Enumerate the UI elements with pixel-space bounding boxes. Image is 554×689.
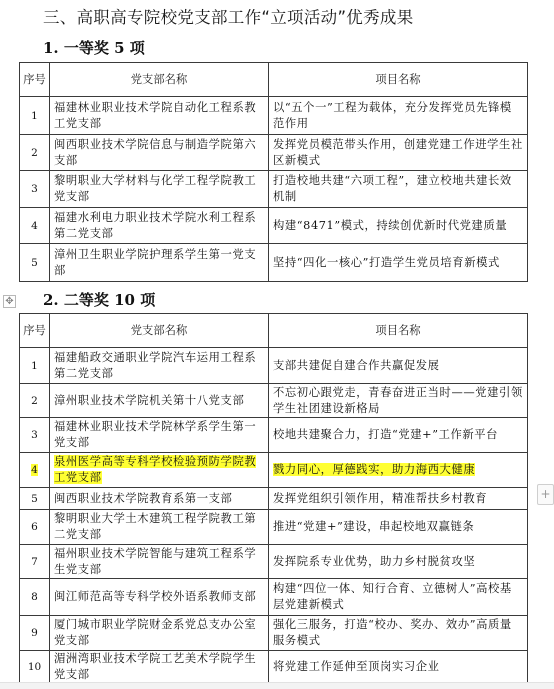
row-number: 9 bbox=[20, 616, 50, 651]
add-row-icon[interactable]: + bbox=[537, 484, 554, 505]
row-number: 2 bbox=[20, 384, 50, 418]
branch-name: 福州职业技术学院智能与建筑工程系学生党支部 bbox=[50, 545, 269, 579]
row-number: 1 bbox=[20, 348, 50, 384]
branch-name: 漳州职业技术学院机关第十八党支部 bbox=[50, 384, 269, 418]
header-branch-name: 党支部名称 bbox=[50, 63, 269, 97]
branch-name: 厦门城市职业学院财金系党总支办公室党支部 bbox=[50, 616, 269, 651]
table-row: 5 漳州卫生职业学院护理系学生第一党支部 坚持“四化一核心”打造学生党员培育新模… bbox=[20, 244, 528, 282]
branch-name: 福建林业职业技术学院林学系学生第一党支部 bbox=[50, 418, 269, 453]
project-name: 发挥院系专业优势，助力乡村脱贫攻坚 bbox=[269, 545, 528, 579]
branch-name: 福建林业职业技术学院自动化工程系教工党支部 bbox=[50, 97, 269, 135]
row-number: 5 bbox=[20, 244, 50, 282]
header-seq: 序号 bbox=[20, 314, 50, 348]
row-number: 2 bbox=[20, 135, 50, 171]
table-row: 3 福建林业职业技术学院林学系学生第一党支部 校地共建聚合力，打造“党建+”工作… bbox=[20, 418, 528, 453]
project-name: 支部共建促自建合作共赢促发展 bbox=[269, 348, 528, 384]
branch-name: 漳州卫生职业学院护理系学生第一党支部 bbox=[50, 244, 269, 282]
header-seq: 序号 bbox=[20, 63, 50, 97]
project-name: 打造校地共建“六项工程”，建立校地共建长效机制 bbox=[269, 171, 528, 208]
table-move-handle-icon[interactable]: ✥ bbox=[3, 295, 16, 308]
branch-name: 泉州医学高等专科学校检验预防学院教工党支部 bbox=[50, 453, 269, 488]
table-header-row: 序号 党支部名称 项目名称 bbox=[20, 63, 528, 97]
project-name: 构建“四位一体、知行合育、立德树人”高校基层党建新模式 bbox=[269, 579, 528, 616]
header-project-name: 项目名称 bbox=[269, 314, 528, 348]
highlighted-text: 戮力同心，厚德践实，助力海西大健康 bbox=[273, 463, 475, 476]
section-heading-first-prize: 1. 一等奖 5 项 bbox=[43, 37, 145, 58]
section-heading-second-prize: 2. 二等奖 10 项 bbox=[43, 289, 155, 310]
branch-name: 黎明职业大学材料与化学工程学院教工党支部 bbox=[50, 171, 269, 208]
row-number: 8 bbox=[20, 579, 50, 616]
table-row: 3 黎明职业大学材料与化学工程学院教工党支部 打造校地共建“六项工程”，建立校地… bbox=[20, 171, 528, 208]
table-row: 4 福建水利电力职业技术学院水利工程系第二党支部 构建“8471”模式，持续创优… bbox=[20, 208, 528, 244]
header-branch-name: 党支部名称 bbox=[50, 314, 269, 348]
project-name: 发挥党员模范带头作用，创建党建工作进学生社区新模式 bbox=[269, 135, 528, 171]
row-number: 10 bbox=[20, 651, 50, 684]
first-prize-table: 序号 党支部名称 项目名称 1 福建林业职业技术学院自动化工程系教工党支部 以“… bbox=[19, 62, 528, 282]
project-name: 不忘初心跟党走，青春奋进正当时——党建引领学生社团建设新格局 bbox=[269, 384, 528, 418]
project-name: 坚持“四化一核心”打造学生党员培育新模式 bbox=[269, 244, 528, 282]
branch-name: 黎明职业大学土木建筑工程学院教工第二党支部 bbox=[50, 510, 269, 545]
table-row: 6 黎明职业大学土木建筑工程学院教工第二党支部 推进“党建+”建设，串起校地双赢… bbox=[20, 510, 528, 545]
project-name: 将党建工作延伸至顶岗实习企业 bbox=[269, 651, 528, 684]
row-number: 7 bbox=[20, 545, 50, 579]
highlighted-text: 4 bbox=[31, 464, 38, 476]
branch-name: 湄洲湾职业技术学院工艺美术学院学生党支部 bbox=[50, 651, 269, 684]
table-row: 7 福州职业技术学院智能与建筑工程系学生党支部 发挥院系专业优势，助力乡村脱贫攻… bbox=[20, 545, 528, 579]
highlighted-text: 泉州医学高等专科学校检验预防学院教工党支部 bbox=[54, 455, 256, 484]
table-header-row: 序号 党支部名称 项目名称 bbox=[20, 314, 528, 348]
project-name: 发挥党组织引领作用，精准帮扶乡村教育 bbox=[269, 488, 528, 510]
branch-name: 闽西职业技术学院信息与制造学院第六支部 bbox=[50, 135, 269, 171]
branch-name: 闽江师范高等专科学校外语系教师支部 bbox=[50, 579, 269, 616]
branch-name: 闽西职业技术学院教育系第一支部 bbox=[50, 488, 269, 510]
table-row: 1 福建林业职业技术学院自动化工程系教工党支部 以“五个一”工程为载体，充分发挥… bbox=[20, 97, 528, 135]
project-name: 戮力同心，厚德践实，助力海西大健康 bbox=[269, 453, 528, 488]
project-name: 校地共建聚合力，打造“党建+”工作新平台 bbox=[269, 418, 528, 453]
row-number: 3 bbox=[20, 171, 50, 208]
second-prize-table: 序号 党支部名称 项目名称 1 福建船政交通职业学院汽车运用工程系第二党支部 支… bbox=[19, 313, 528, 684]
table-row: 2 漳州职业技术学院机关第十八党支部 不忘初心跟党走，青春奋进正当时——党建引领… bbox=[20, 384, 528, 418]
row-number: 3 bbox=[20, 418, 50, 453]
project-name: 推进“党建+”建设，串起校地双赢链条 bbox=[269, 510, 528, 545]
table-row: 5 闽西职业技术学院教育系第一支部 发挥党组织引领作用，精准帮扶乡村教育 bbox=[20, 488, 528, 510]
table-row: 9 厦门城市职业学院财金系党总支办公室党支部 强化三服务，打造“校办、奖办、效办… bbox=[20, 616, 528, 651]
page-title: 三、高职高专院校党支部工作“立项活动”优秀成果 bbox=[43, 4, 414, 28]
row-number: 1 bbox=[20, 97, 50, 135]
row-number: 4 bbox=[20, 208, 50, 244]
row-number: 4 bbox=[20, 453, 50, 488]
table-row: 10 湄洲湾职业技术学院工艺美术学院学生党支部 将党建工作延伸至顶岗实习企业 bbox=[20, 651, 528, 684]
table-row: 8 闽江师范高等专科学校外语系教师支部 构建“四位一体、知行合育、立德树人”高校… bbox=[20, 579, 528, 616]
project-name: 强化三服务，打造“校办、奖办、效办”高质量服务模式 bbox=[269, 616, 528, 651]
table-row: 1 福建船政交通职业学院汽车运用工程系第二党支部 支部共建促自建合作共赢促发展 bbox=[20, 348, 528, 384]
branch-name: 福建船政交通职业学院汽车运用工程系第二党支部 bbox=[50, 348, 269, 384]
header-project-name: 项目名称 bbox=[269, 63, 528, 97]
table-row: 2 闽西职业技术学院信息与制造学院第六支部 发挥党员模范带头作用，创建党建工作进… bbox=[20, 135, 528, 171]
project-name: 构建“8471”模式，持续创优新时代党建质量 bbox=[269, 208, 528, 244]
project-name: 以“五个一”工程为载体，充分发挥党员先锋模范作用 bbox=[269, 97, 528, 135]
row-number: 6 bbox=[20, 510, 50, 545]
row-number: 5 bbox=[20, 488, 50, 510]
bottom-status-bar bbox=[0, 682, 554, 689]
branch-name: 福建水利电力职业技术学院水利工程系第二党支部 bbox=[50, 208, 269, 244]
table-row-highlighted: 4 泉州医学高等专科学校检验预防学院教工党支部 戮力同心，厚德践实，助力海西大健… bbox=[20, 453, 528, 488]
